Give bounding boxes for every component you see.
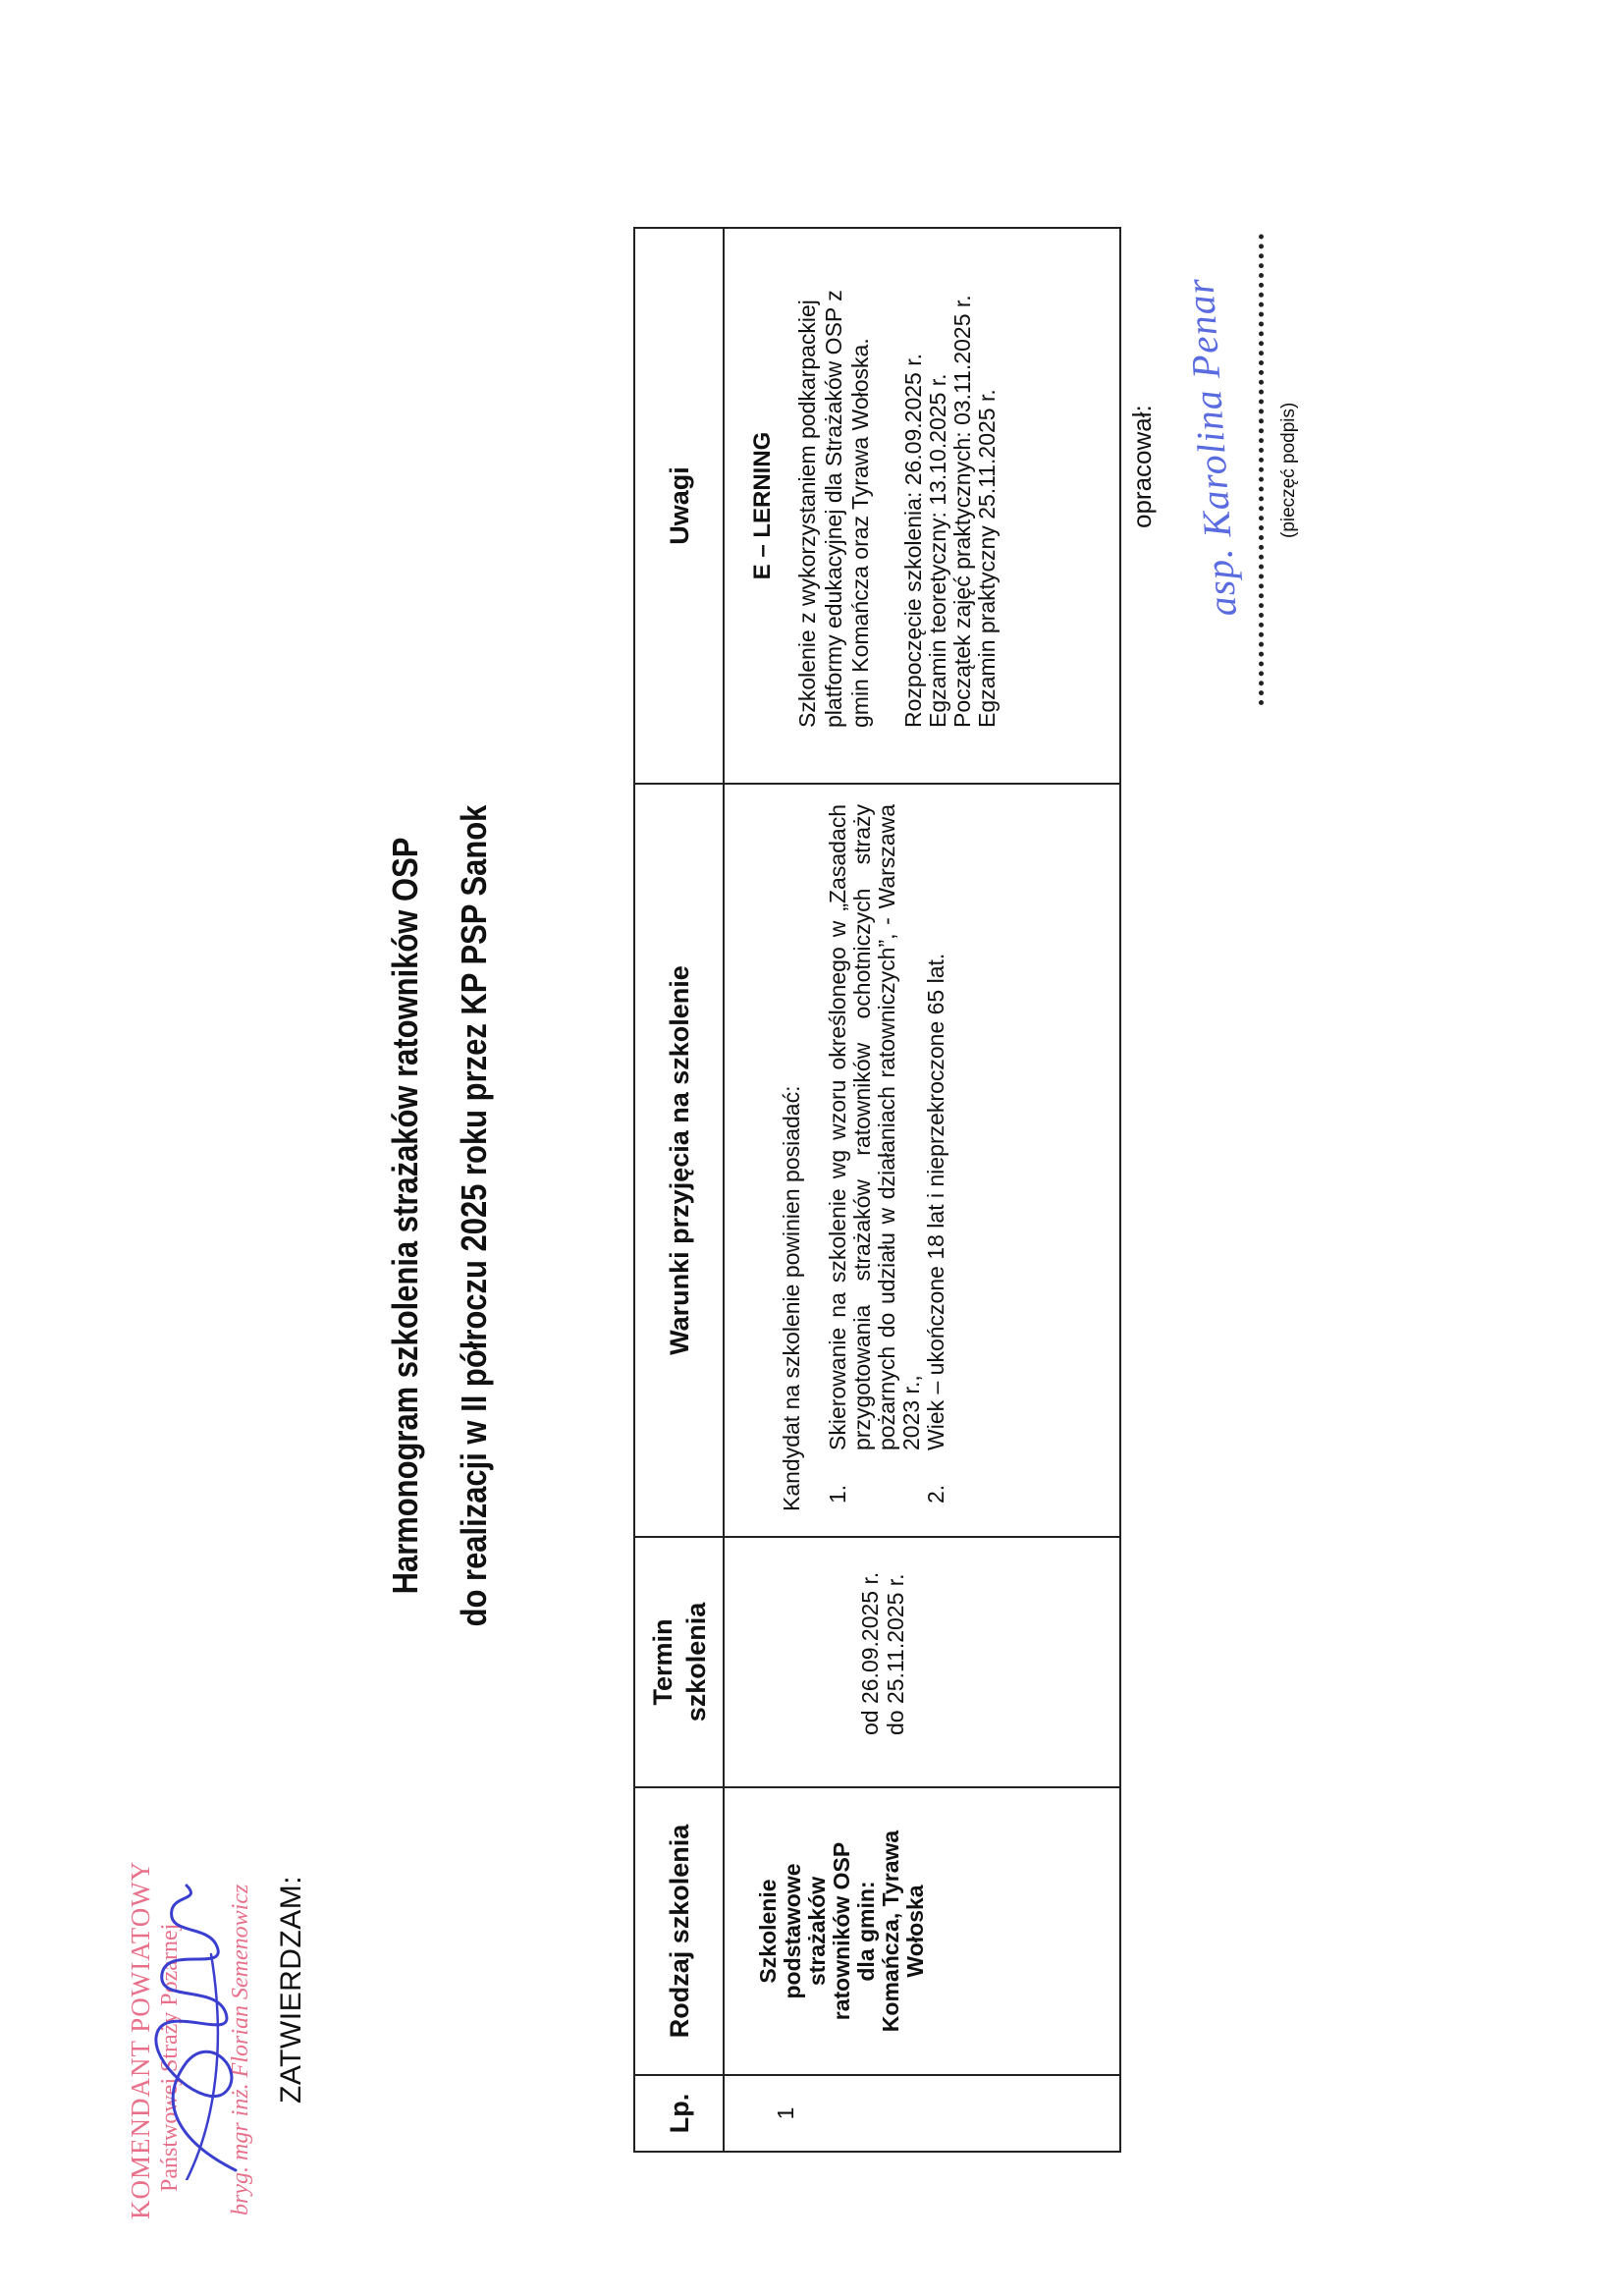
cell-term: od 26.09.2025 r. do 25.11.2025 r.: [724, 1537, 1120, 1787]
condition-number: 2.: [924, 1485, 948, 1503]
commander-signature-icon: [118, 1856, 275, 2180]
training-kind-line: Szkolenie: [756, 1802, 781, 2060]
condition-number: 1.: [826, 1485, 850, 1503]
table-row: 1 Szkoleniepodstawowestrażakówratowników…: [724, 228, 1120, 2152]
document-subtitle: do realizacji w II półroczu 2025 roku pr…: [454, 540, 495, 1891]
training-kind-line: ratowników OSP: [830, 1802, 854, 2060]
training-schedule-table: Lp. Rodzaj szkolenia Termin szkolenia Wa…: [633, 227, 1121, 2153]
header-term-line2: szkolenia: [679, 1538, 713, 1786]
header-lp: Lp.: [634, 2075, 724, 2152]
preparer-signature: asp. Karolina Penar: [1176, 276, 1246, 618]
signature-line: [1259, 234, 1264, 705]
prepared-by-block: opracował: asp. Karolina Penar (pieczęć …: [1119, 234, 1316, 705]
header-conditions: Warunki przyjęcia na szkolenie: [634, 784, 724, 1537]
header-term: Termin szkolenia: [634, 1537, 724, 1787]
notes-heading: E – LERNING: [750, 245, 775, 767]
term-from: od 26.09.2025 r.: [857, 1538, 883, 1735]
conditions-list: 1. Skierowanie na szkolenie wg wzoru okr…: [826, 804, 948, 1511]
table-header-row: Lp. Rodzaj szkolenia Termin szkolenia Wa…: [634, 228, 724, 2152]
notes-date-line: Rozpoczęcie szkolenia: 26.09.2025 r.: [901, 245, 926, 728]
approval-label: ZATWIERDZAM:: [275, 1876, 308, 2104]
notes-date-line: Egzamin praktyczny 25.11.2025 r.: [975, 245, 1000, 728]
condition-item: 2. Wiek – ukończone 18 lat i nieprzekroc…: [924, 804, 948, 1511]
header-kind: Rodzaj szkolenia: [634, 1787, 724, 2075]
training-kind-line: dla gmin:: [854, 1802, 879, 2060]
training-kind-line: Wołoska: [903, 1802, 928, 2060]
term-to: do 25.11.2025 r.: [883, 1538, 908, 1735]
document-title: Harmonogram szkolenia strażaków ratownik…: [385, 540, 426, 1891]
notes-date-line: Egzamin teoretyczny: 13.10.2025 r.: [926, 245, 950, 728]
condition-text: Wiek – ukończone 18 lat i nieprzekroczon…: [923, 954, 948, 1450]
cell-lp: 1: [724, 2075, 1120, 2152]
training-kind-line: strażaków: [805, 1802, 830, 2060]
cell-notes: E – LERNING Szkolenie z wykorzystaniem p…: [724, 228, 1120, 784]
cell-conditions: Kandydat na szkolenie powinien posiadać:…: [724, 784, 1120, 1537]
signature-caption: (pieczęć podpis): [1278, 403, 1300, 538]
training-kind: Szkoleniepodstawowestrażakówratowników O…: [725, 1788, 928, 2074]
conditions-intro: Kandydat na szkolenie powinien posiadać:: [780, 804, 804, 1511]
condition-text: Skierowanie na szkolenie wg wzoru określ…: [825, 804, 924, 1450]
cell-kind: Szkoleniepodstawowestrażakówratowników O…: [724, 1787, 1120, 2075]
training-kind-line: podstawowe: [781, 1802, 805, 2060]
document-page: KOMENDANT POWIATOWY Państwowej Straży Po…: [0, 0, 1623, 2296]
approval-stamp: KOMENDANT POWIATOWY Państwowej Straży Po…: [118, 1797, 324, 2219]
notes-dates: Rozpoczęcie szkolenia: 26.09.2025 r.Egza…: [901, 245, 1000, 728]
training-kind-line: Komańcza, Tyrawa: [879, 1802, 903, 2060]
notes-date-line: Początek zajęć praktycznych: 03.11.2025 …: [950, 245, 975, 728]
header-term-line1: Termin: [646, 1538, 679, 1786]
notes-description: Szkolenie z wykorzystaniem podkarpackiej…: [794, 245, 874, 728]
header-notes: Uwagi: [634, 228, 724, 784]
condition-item: 1. Skierowanie na szkolenie wg wzoru okr…: [826, 804, 924, 1511]
prepared-by-label: opracował:: [1127, 405, 1158, 528]
